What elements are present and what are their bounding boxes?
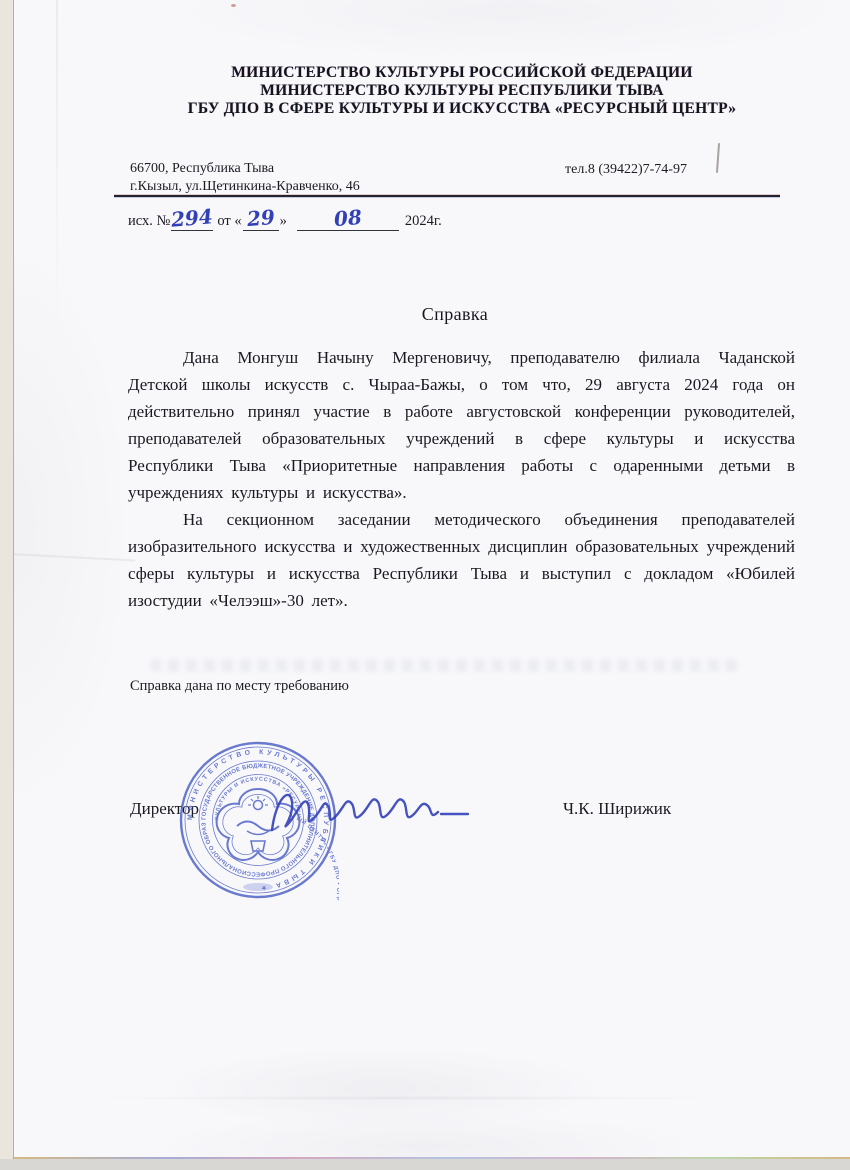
ref-day-field: 29 — [243, 211, 279, 231]
body-paragraph-1: Дана Монгуш Начыну Мергеновичу, преподав… — [128, 344, 795, 506]
phone-number: тел.8 (39422)7-74-97 — [565, 162, 687, 178]
ref-quote-close: » — [280, 213, 287, 230]
scanned-document: МИНИСТЕРСТВО КУЛЬТУРЫ РОССИЙСКОЙ ФЕДЕРАЦ… — [0, 0, 850, 1170]
signer-name: Ч.К. Ширижик — [563, 799, 671, 819]
paper-crease-vertical — [56, 0, 58, 330]
letterhead: МИНИСТЕРСТВО КУЛЬТУРЫ РОССИЙСКОЙ ФЕДЕРАЦ… — [74, 64, 850, 118]
ref-number-handwritten: 294 — [171, 209, 214, 227]
paper-crease-horizontal — [0, 552, 135, 561]
handwritten-signature-icon — [268, 772, 473, 852]
bleed-through-artifact — [150, 659, 738, 672]
ref-month-field: 08 — [297, 211, 399, 231]
ref-prefix: исх. № — [128, 213, 170, 230]
document-body: Дана Монгуш Начыну Мергеновичу, преподав… — [128, 344, 795, 614]
footer-note: Справка дана по месту требованию — [130, 678, 349, 695]
ref-number-field: 294 — [171, 211, 213, 231]
paper-wrinkle — [60, 1096, 750, 1100]
address-line-1: 66700, Республика Тыва — [130, 160, 360, 178]
letterhead-divider-line — [114, 195, 780, 197]
scan-artifact-scratch — [716, 143, 720, 173]
ref-day-handwritten: 29 — [246, 210, 275, 226]
page-bottom-edge — [13, 1157, 850, 1159]
letterhead-line-3: ГБУ ДПО В СФЕРЕ КУЛЬТУРЫ И ИСКУССТВА «РЕ… — [74, 100, 850, 118]
scanner-background-left — [0, 0, 14, 1170]
ref-month-handwritten: 08 — [333, 210, 362, 226]
document-page: МИНИСТЕРСТВО КУЛЬТУРЫ РОССИЙСКОЙ ФЕДЕРАЦ… — [0, 0, 850, 1170]
ref-from-label: от « — [217, 213, 241, 230]
reference-number-line: исх. №294от «29»082024г. — [128, 211, 442, 231]
document-title: Справка — [60, 304, 850, 325]
address-block: 66700, Республика Тыва г.Кызыл, ул.Щетин… — [130, 160, 360, 196]
ref-year: 2024г. — [405, 213, 442, 230]
body-paragraph-2: На секционном заседании методического об… — [128, 506, 795, 614]
stamp-ink-smudge — [243, 883, 273, 891]
letterhead-line-2: МИНИСТЕРСТВО КУЛЬТУРЫ РЕСПУБЛИКИ ТЫВА — [74, 82, 850, 100]
letterhead-line-1: МИНИСТЕРСТВО КУЛЬТУРЫ РОССИЙСКОЙ ФЕДЕРАЦ… — [74, 64, 850, 82]
scan-artifact-speck — [231, 4, 236, 7]
scanner-background-bottom — [0, 1159, 850, 1170]
address-line-2: г.Кызыл, ул.Щетинкина-Кравченко, 46 — [130, 178, 360, 196]
